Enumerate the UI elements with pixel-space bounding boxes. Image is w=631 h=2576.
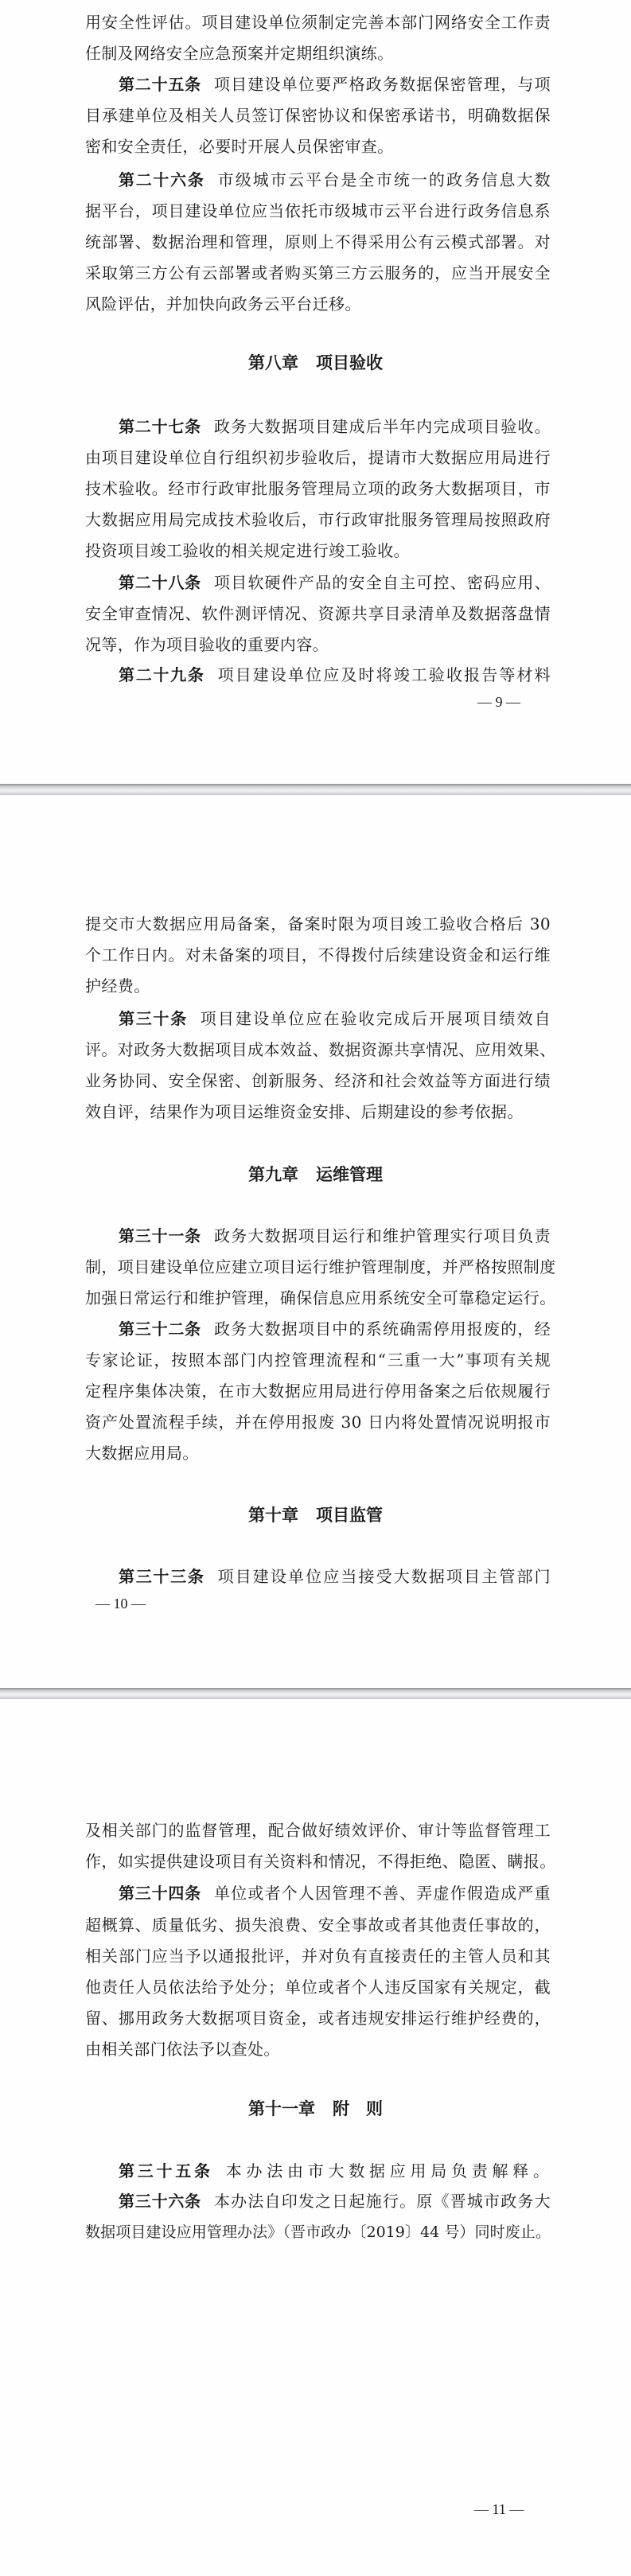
body-line: 数据项目建设应用管理办法》（晋市政办〔2019〕44 号）同时废止。 [85, 2217, 551, 2248]
body-line: 用安全性评估。项目建设单位须制定完善本部门网络安全工作责 [85, 7, 551, 38]
body-line: 制，项目建设单位应建立项目运行维护管理制度，并严格按照制度 [85, 1252, 551, 1283]
body-line: 超概算、质量低劣、损失浪费、安全事故或者其他责任事故的， [85, 1910, 551, 1941]
body-line: 况等，作为项目验收的重要内容。 [85, 629, 551, 661]
body-line: 安全审查情况、软件测评情况、资源共享目录清单及数据落盘情 [85, 598, 551, 629]
article-28: 第二十八条项目软硬件产品的安全自主可控、密码应用、 [119, 567, 551, 598]
document-page-11: 及相关部门的监督管理，配合做好绩效评价、审计等监督管理工 作，如实提供建设项目有… [0, 1699, 631, 2576]
article-number: 第三十一条 [119, 1226, 201, 1245]
body-line: 留、挪用政务大数据项目资金，或者违规安排运行维护经费的， [85, 2003, 551, 2034]
article-text: 政务大数据项目运行和维护管理实行项目负责 [214, 1226, 551, 1245]
chapter-title: 附 则 [333, 2099, 383, 2118]
body-line: 业务协同、安全保密、创新服务、经济和社会效益等方面进行绩 [85, 1066, 551, 1097]
article-number: 第三十四条 [119, 1884, 201, 1903]
chapter-heading-8: 第八章项目验收 [0, 347, 631, 379]
article-25: 第二十五条项目建设单位要严格政务数据保密管理，与项 [119, 69, 551, 100]
chapter-title: 项目验收 [316, 353, 383, 372]
article-33: 第三十三条项目建设单位应当接受大数据项目主管部门 [119, 1561, 551, 1592]
article-number: 第二十八条 [119, 573, 201, 592]
body-line: 相关部门应当予以通报批评，并对负有直接责任的主管人员和其 [85, 1941, 551, 1972]
body-line: 据平台，项目建设单位应当依托市级城市云平台进行政务信息系 [85, 196, 551, 227]
body-line: 定程序集体决策，在市大数据应用局进行停用备案之后依规履行 [85, 1376, 551, 1407]
body-line: 密和安全责任，必要时开展人员保密审查。 [85, 131, 551, 162]
body-line: 效自评，结果作为项目运维资金安排、后期建设的参考依据。 [85, 1097, 551, 1128]
body-line: 护经费。 [85, 971, 551, 1002]
body-line: 他责任人员依法给予处分；单位或者个人违反国家有关规定，截 [85, 1972, 551, 2003]
body-line: 资产处置流程手续，并在停用报废 30 日内将处置情况说明报市 [85, 1407, 551, 1438]
body-line: 作，如实提供建设项目有关资料和情况，不得拒绝、隐匿、瞒报。 [85, 1846, 551, 1877]
body-line: 任制及网络安全应急预案并定期组织演练。 [85, 38, 551, 69]
article-number: 第三十条 [119, 1009, 188, 1028]
body-line: 及相关部门的监督管理，配合做好绩效评价、审计等监督管理工 [85, 1815, 551, 1846]
body-line: 专家论证，按照本部门内控管理流程和“三重一大”事项有关规 [85, 1345, 551, 1376]
article-number: 第二十六条 [119, 170, 205, 189]
body-line: 大数据应用局完成技术验收后，市行政审批服务管理局按照政府 [85, 505, 551, 536]
chapter-heading-11: 第十一章附 则 [0, 2093, 631, 2125]
body-line: 投资项目竣工验收的相关规定进行竣工验收。 [85, 536, 551, 567]
body-line: 加强日常运行和维护管理，确保信息应用系统安全可靠稳定运行。 [85, 1283, 551, 1314]
page-separator [0, 784, 631, 795]
article-number: 第三十六条 [119, 2192, 201, 2211]
article-29: 第二十九条项目建设单位应及时将竣工验收报告等材料 [119, 660, 551, 691]
article-27: 第二十七条政务大数据项目建成后半年内完成项目验收。 [119, 411, 551, 442]
article-36: 第三十六条本办法自印发之日起施行。原《晋城市政务大 [119, 2186, 551, 2217]
chapter-number: 第八章 [248, 353, 298, 372]
article-text: 单位或者个人因管理不善、弄虚作假造成严重 [214, 1884, 551, 1903]
chapter-title: 项目监管 [316, 1506, 383, 1525]
body-line: 大数据应用局。 [85, 1438, 551, 1469]
body-line: 个工作日内。对未备案的项目，不得拨付后续建设资金和运行维 [85, 940, 551, 971]
page-number: — 11 — [474, 2500, 524, 2519]
article-text: 项目建设单位要严格政务数据保密管理，与项 [214, 75, 551, 94]
document-page-10: 提交市大数据应用局备案，备案时限为项目竣工验收合格后 30 个工作日内。对未备案… [0, 795, 631, 1688]
article-number: 第三十三条 [119, 1567, 205, 1586]
article-number: 第三十二条 [119, 1319, 201, 1339]
page-number: — 10 — [95, 1594, 146, 1613]
chapter-number: 第十章 [248, 1506, 298, 1525]
page-number: — 9 — [477, 692, 520, 711]
article-number: 第二十五条 [119, 75, 201, 94]
article-34: 第三十四条单位或者个人因管理不善、弄虚作假造成严重 [119, 1878, 551, 1909]
article-number: 第二十九条 [119, 665, 205, 684]
body-line: 风险评估，并加快向政务云平台迁移。 [85, 289, 551, 320]
chapter-heading-9: 第九章运维管理 [0, 1159, 631, 1191]
body-line: 技术验收。经市行政审批服务管理局立项的政务大数据项目，市 [85, 474, 551, 505]
article-text: 项目软硬件产品的安全自主可控、密码应用、 [214, 573, 551, 592]
body-line: 目承建单位及相关人员签订保密协议和保密承诺书，明确数据保 [85, 100, 551, 131]
article-text: 项目建设单位应当接受大数据项目主管部门 [218, 1567, 551, 1586]
article-text: 本办法自印发之日起施行。原《晋城市政务大 [214, 2192, 551, 2211]
article-32: 第三十二条政务大数据项目中的系统确需停用报废的，经 [119, 1314, 551, 1345]
body-line: 评。对政务大数据项目成本效益、数据资源共享情况、应用效果、 [85, 1035, 551, 1066]
article-text: 政务大数据项目中的系统确需停用报废的，经 [214, 1319, 551, 1339]
body-line: 采取第三方公有云部署或者购买第三方云服务的，应当开展安全 [85, 258, 551, 289]
article-text: 项目建设单位应在验收完成后开展项目绩效自 [201, 1009, 551, 1028]
article-31: 第三十一条政务大数据项目运行和维护管理实行项目负责 [119, 1221, 551, 1252]
body-line: 提交市大数据应用局备案，备案时限为项目竣工验收合格后 30 [85, 909, 551, 940]
article-26: 第二十六条市级城市云平台是全市统一的政务信息大数 [119, 165, 551, 196]
article-35: 第三十五条本办法由市大数据应用局负责解释。 [119, 2156, 551, 2187]
chapter-title: 运维管理 [316, 1165, 383, 1184]
article-text: 政务大数据项目建成后半年内完成项目验收。 [214, 417, 551, 436]
body-line: 由相关部门依法予以查处。 [85, 2034, 551, 2065]
article-text: 市级城市云平台是全市统一的政务信息大数 [218, 170, 551, 189]
article-number: 第二十七条 [119, 417, 201, 436]
body-line: 统部署、数据治理和管理，原则上不得采用公有云模式部署。对 [85, 227, 551, 258]
chapter-number: 第九章 [248, 1165, 298, 1184]
body-line: 由项目建设单位自行组织初步验收后，提请市大数据应用局进行 [85, 442, 551, 474]
article-text: 本办法由市大数据应用局负责解释。 [226, 2161, 551, 2180]
article-number: 第三十五条 [119, 2161, 213, 2180]
page-separator [0, 1688, 631, 1699]
article-30: 第三十条项目建设单位应在验收完成后开展项目绩效自 [119, 1004, 551, 1035]
chapter-heading-10: 第十章项目监管 [0, 1499, 631, 1531]
chapter-number: 第十一章 [248, 2099, 315, 2118]
document-page-9: 用安全性评估。项目建设单位须制定完善本部门网络安全工作责 任制及网络安全应急预案… [0, 0, 631, 784]
article-text: 项目建设单位应及时将竣工验收报告等材料 [218, 665, 551, 684]
